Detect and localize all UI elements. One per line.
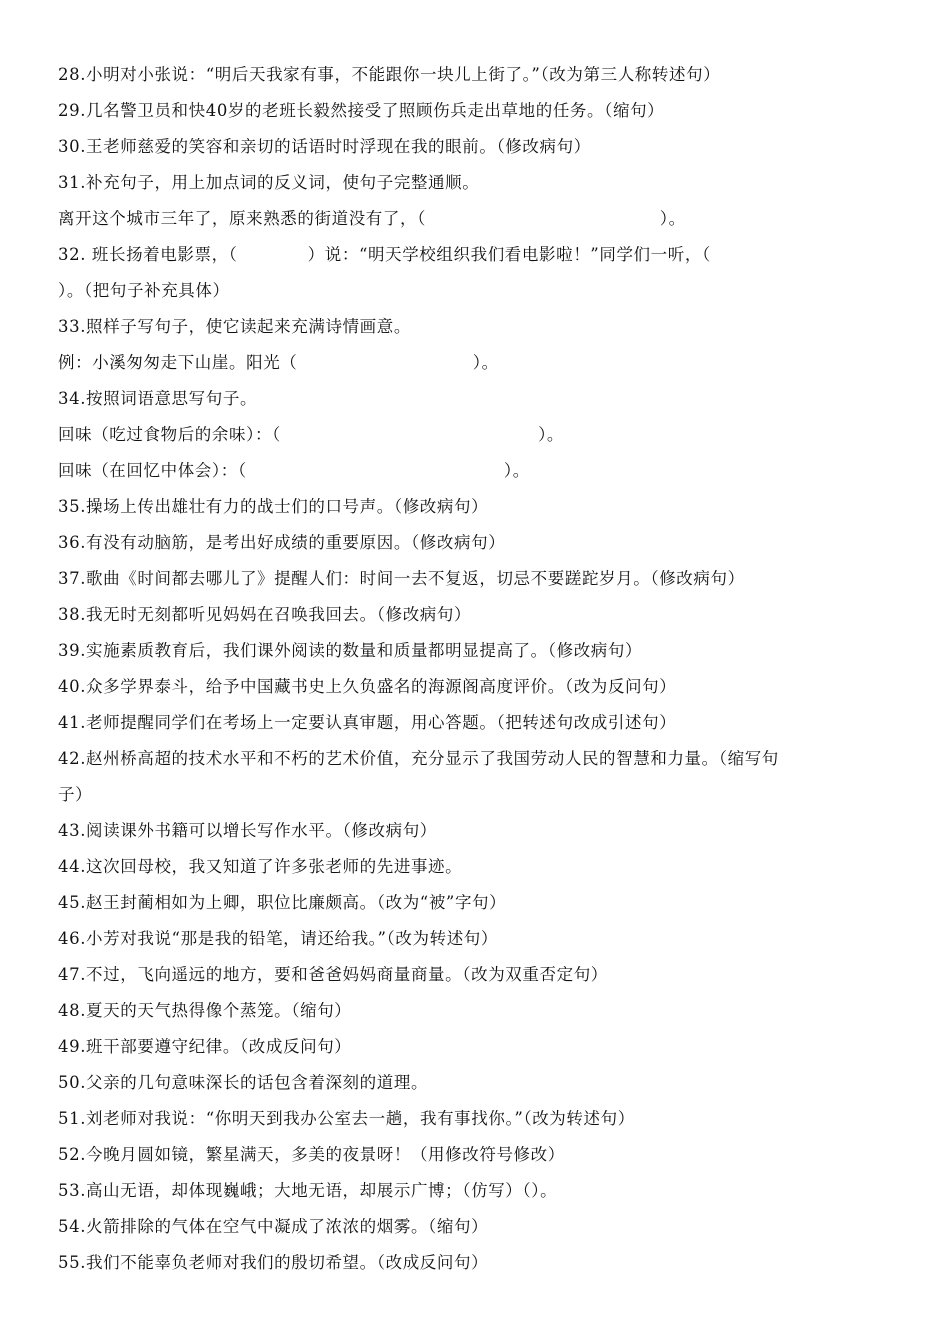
question-50: 50.父亲的几句意味深长的话包含着深刻的道理。 <box>58 1068 898 1104</box>
question-30: 30.王老师慈爱的笑容和亲切的话语时时浮现在我的眼前。（修改病句） <box>58 132 898 168</box>
worksheet-page: 28.小明对小张说：“明后天我家有事，不能跟你一块儿上街了。”（改为第三人称转述… <box>58 60 898 1284</box>
question-33: 33.照样子写句子，使它读起来充满诗情画意。 <box>58 312 898 348</box>
question-39: 39.实施素质教育后，我们课外阅读的数量和质量都明显提高了。（修改病句） <box>58 636 898 672</box>
question-32: 32. 班长扬着电影票，（ ）说：“明天学校组织我们看电影啦！”同学们一听，（ <box>58 240 898 276</box>
question-36: 36.有没有动脑筋，是考出好成绩的重要原因。（修改病句） <box>58 528 898 564</box>
question-55: 55.我们不能辜负老师对我们的殷切希望。（改成反问句） <box>58 1248 898 1284</box>
question-31-blank: 离开这个城市三年了，原来熟悉的街道没有了，（ ）。 <box>58 204 898 240</box>
question-43: 43.阅读课外书籍可以增长写作水平。（修改病句） <box>58 816 898 852</box>
question-45: 45.赵王封蔺相如为上卿，职位比廉颇高。（改为“被”字句） <box>58 888 898 924</box>
question-40: 40.众多学界泰斗，给予中国藏书史上久负盛名的海源阁高度评价。（改为反问句） <box>58 672 898 708</box>
question-46: 46.小芳对我说“那是我的铅笔，请还给我。”（改为转述句） <box>58 924 898 960</box>
question-34-b: 回味（在回忆中体会）：（ ）。 <box>58 456 898 492</box>
question-47: 47.不过，飞向遥远的地方，要和爸爸妈妈商量商量。（改为双重否定句） <box>58 960 898 996</box>
question-44: 44.这次回母校，我又知道了许多张老师的先进事迹。 <box>58 852 898 888</box>
question-48: 48.夏天的天气热得像个蒸笼。（缩句） <box>58 996 898 1032</box>
question-42-cont: 子） <box>58 780 898 816</box>
question-32-cont: ）。（把句子补充具体） <box>58 276 898 312</box>
question-34-a: 回味（吃过食物后的余味）：（ ）。 <box>58 420 898 456</box>
question-38: 38.我无时无刻都听见妈妈在召唤我回去。（修改病句） <box>58 600 898 636</box>
question-33-example: 例：小溪匆匆走下山崖。阳光（ ）。 <box>58 348 898 384</box>
question-41: 41.老师提醒同学们在考场上一定要认真审题，用心答题。（把转述句改成引述句） <box>58 708 898 744</box>
question-54: 54.火箭排除的气体在空气中凝成了浓浓的烟雾。（缩句） <box>58 1212 898 1248</box>
question-49: 49.班干部要遵守纪律。（改成反问句） <box>58 1032 898 1068</box>
question-35: 35.操场上传出雄壮有力的战士们的口号声。（修改病句） <box>58 492 898 528</box>
question-53: 53.高山无语，却体现巍峨；大地无语，却展示广博；（仿写）（）。 <box>58 1176 898 1212</box>
question-52: 52.今晚月圆如镜，繁星满天，多美的夜景呀！（用修改符号修改） <box>58 1140 898 1176</box>
question-51: 51.刘老师对我说：“你明天到我办公室去一趟，我有事找你。”（改为转述句） <box>58 1104 898 1140</box>
question-34: 34.按照词语意思写句子。 <box>58 384 898 420</box>
question-28: 28.小明对小张说：“明后天我家有事，不能跟你一块儿上街了。”（改为第三人称转述… <box>58 60 898 96</box>
question-42: 42.赵州桥高超的技术水平和不朽的艺术价值，充分显示了我国劳动人民的智慧和力量。… <box>58 744 898 780</box>
question-37: 37.歌曲《时间都去哪儿了》提醒人们：时间一去不复返，切忌不要蹉跎岁月。（修改病… <box>58 564 898 600</box>
question-29: 29.几名警卫员和快40岁的老班长毅然接受了照顾伤兵走出草地的任务。（缩句） <box>58 96 898 132</box>
question-31: 31.补充句子，用上加点词的反义词，使句子完整通顺。 <box>58 168 898 204</box>
